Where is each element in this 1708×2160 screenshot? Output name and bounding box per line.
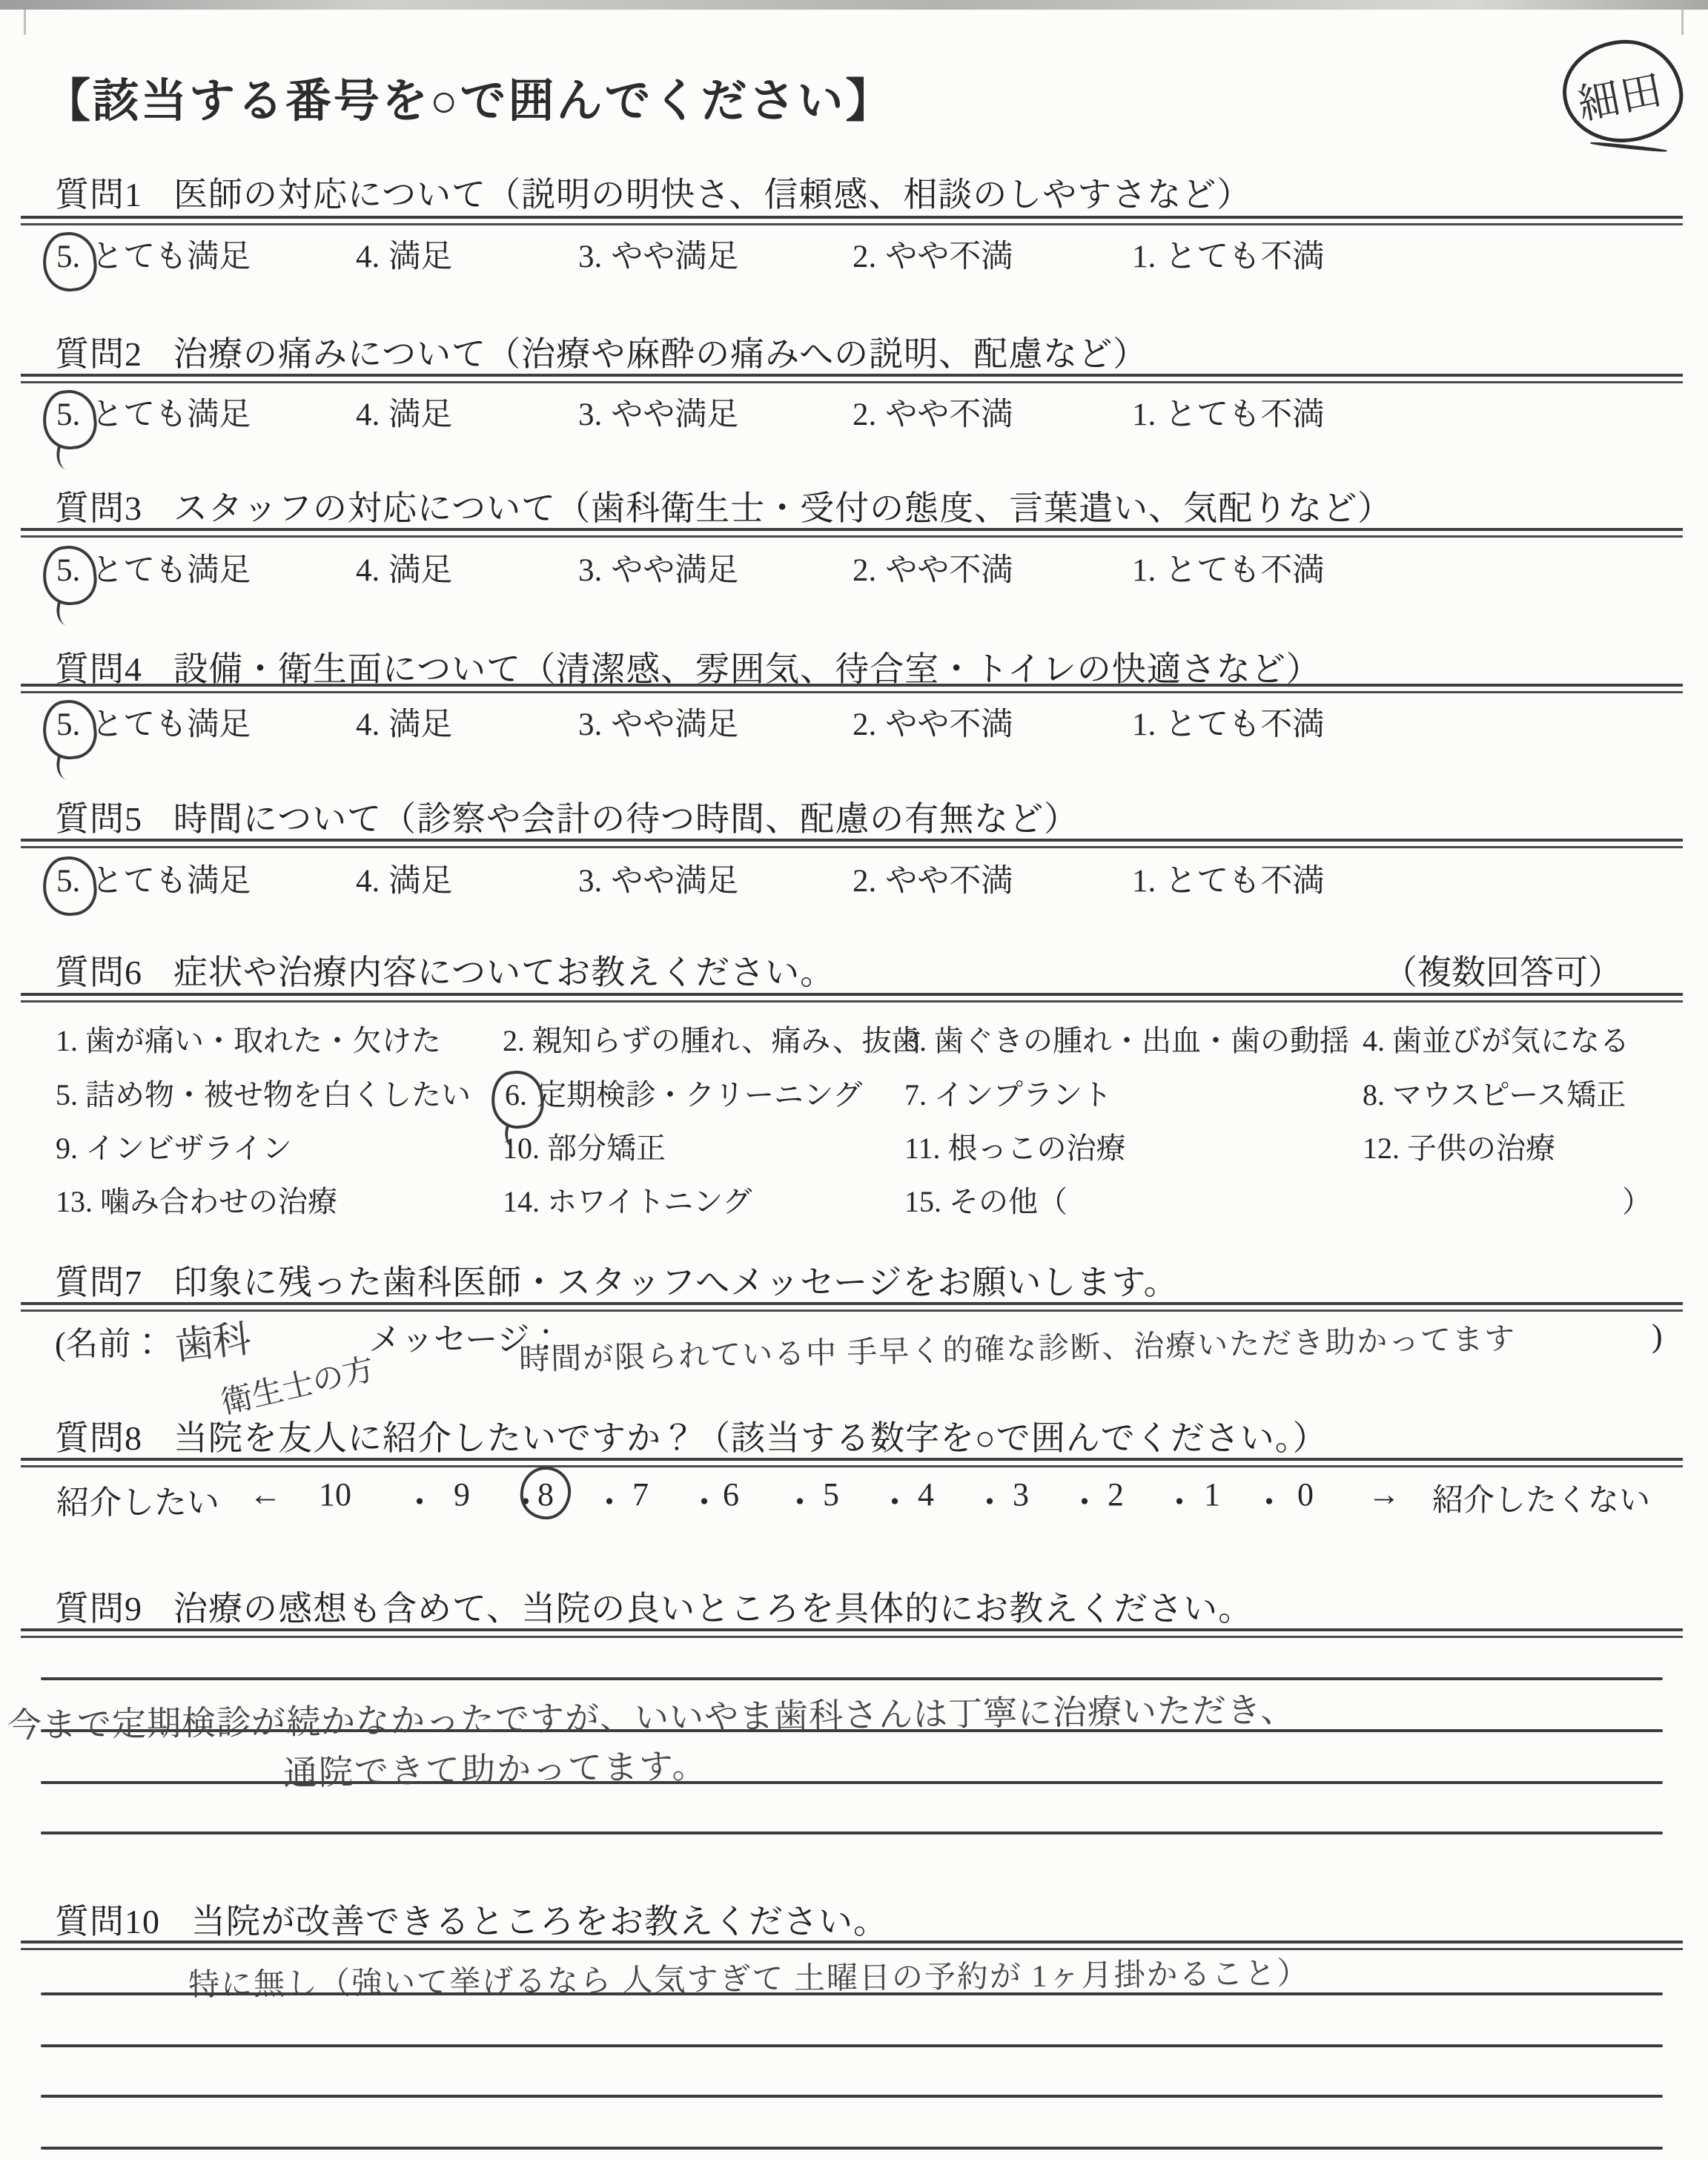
question-5-heading: 質問5時間について（診察や会計の待つ時間、配慮の有無など） xyxy=(55,792,1079,841)
scale-dot: ・ xyxy=(784,1476,816,1523)
question-2-text: 治療の痛みについて（治療や麻酔の痛みへの説明、配慮など） xyxy=(173,335,1148,373)
question-9-label: 質問9 xyxy=(55,1590,142,1628)
question-3-label: 質問3 xyxy=(55,489,142,527)
option-4: 4.満足 xyxy=(356,231,452,277)
option-3: 3.やや満足 xyxy=(578,699,738,744)
option-2: 2.やや不満 xyxy=(853,545,1013,590)
option-1: 1. 歯が痛い・取れた・欠けた xyxy=(56,1017,441,1060)
question-8-label: 質問8 xyxy=(55,1419,142,1457)
question-4-text: 設備・衛生面について（清潔感、雰囲気、待合室・トイレの快適さなど） xyxy=(173,650,1321,688)
option-3: 3.やや満足 xyxy=(578,856,738,901)
scale-dot: ・ xyxy=(1163,1476,1196,1523)
question-10-text: 当院が改善できるところをお教えください。 xyxy=(191,1903,888,1941)
scale-number-10: 10 xyxy=(319,1476,351,1513)
option-1: 1.とても不満 xyxy=(1132,856,1324,901)
answer-line xyxy=(41,1992,1663,1995)
question-9-heading: 質問9治療の感想も含めて、当院の良いところを具体的にお教えください。 xyxy=(55,1582,1253,1631)
divider xyxy=(21,1302,1683,1312)
option-8: 8. マウスピース矯正 xyxy=(1363,1071,1626,1114)
option-1: 1.とても不満 xyxy=(1132,545,1324,590)
answer-line xyxy=(41,1832,1663,1834)
question-1-label: 質問1 xyxy=(55,176,142,214)
question-2-label: 質問2 xyxy=(55,335,142,373)
question-10-label: 質問10 xyxy=(55,1903,160,1941)
scale-number-4: 4 xyxy=(918,1476,934,1513)
option-4: 4.満足 xyxy=(356,389,452,435)
option-2: 2.やや不満 xyxy=(853,699,1013,744)
option-15-other: 15. その他（ xyxy=(904,1178,1067,1221)
scale-number-8-circled: 8 xyxy=(535,1476,556,1513)
divider xyxy=(21,1628,1683,1638)
scale-right-label: 紹介したくない xyxy=(1432,1476,1650,1520)
reviewer-name-stamp-circle: 細田 xyxy=(1560,37,1685,145)
question-3-options: 5.とても満足 4.満足 3.やや満足 2.やや不満 1.とても不満 xyxy=(0,545,1708,589)
reviewer-name-handwritten: 細田 xyxy=(1572,57,1668,132)
question-6-options-row-2: 5. 詰め物・被せ物を白くしたい 6. 定期検診・クリーニング 7. インプラン… xyxy=(0,1071,1708,1113)
option-11: 11. 根っこの治療 xyxy=(904,1125,1126,1167)
question-1-heading: 質問1医師の対応について（説明の明快さ、信頼感、相談のしやすさなど） xyxy=(55,168,1251,217)
option-10: 10. 部分矯正 xyxy=(503,1125,666,1167)
option-1: 1.とても不満 xyxy=(1132,389,1324,435)
question-6-options-row-3: 9. インビザライン 10. 部分矯正 11. 根っこの治療 12. 子供の治療 xyxy=(0,1125,1708,1166)
option-2: 2.やや不満 xyxy=(853,389,1013,435)
option-2: 2.やや不満 xyxy=(853,856,1013,901)
scale-number-7: 7 xyxy=(632,1476,649,1513)
scale-number-2: 2 xyxy=(1108,1476,1124,1513)
scale-dot: ・ xyxy=(878,1476,911,1523)
option-4: 4.満足 xyxy=(356,699,452,744)
option-15-close-paren: ） xyxy=(1622,1178,1652,1221)
divider xyxy=(21,528,1683,538)
question-6-options-row-4: 13. 噛み合わせの治療 14. ホワイトニング 15. その他（ ） xyxy=(0,1178,1708,1220)
handwritten-message: 時間が限られている中 手早く的確な診断、治療いただき助かってます xyxy=(519,1314,1517,1378)
option-1: 1.とても不満 xyxy=(1132,699,1324,744)
stamp-tail-stroke xyxy=(1590,141,1667,153)
question-9-text: 治療の感想も含めて、当院の良いところを具体的にお教えください。 xyxy=(173,1590,1253,1628)
divider xyxy=(21,993,1683,1003)
scale-dot: ・ xyxy=(1253,1476,1285,1523)
option-4: 4.満足 xyxy=(356,856,452,901)
question-3-text: スタッフの対応について（歯科衛生士・受付の態度、言葉遣い、気配りなど） xyxy=(173,489,1392,527)
option-12: 12. 子供の治療 xyxy=(1363,1125,1555,1167)
scale-number-9: 9 xyxy=(454,1476,470,1513)
scale-number-5: 5 xyxy=(823,1476,839,1513)
option-9: 9. インビザライン xyxy=(56,1125,292,1167)
scale-number-6: 6 xyxy=(723,1476,739,1513)
divider xyxy=(21,1941,1683,1950)
option-3: 3.やや満足 xyxy=(578,389,738,435)
option-number: 5. xyxy=(56,240,80,274)
scale-left-arrow: ← xyxy=(249,1476,282,1513)
option-5: 5. 詰め物・被せ物を白くしたい xyxy=(56,1071,471,1114)
scan-edge-tick xyxy=(1681,10,1684,35)
scale-dot: ・ xyxy=(688,1476,721,1523)
question-7-text: 印象に残った歯科医師・スタッフへメッセージをお願いします。 xyxy=(173,1264,1179,1301)
scale-number-3: 3 xyxy=(1013,1476,1029,1513)
handwritten-name-line1: 歯科 xyxy=(172,1307,251,1370)
question-6-text: 症状や治療内容についてお教えください。 xyxy=(173,954,835,991)
question-1-text: 医師の対応について（説明の明快さ、信頼感、相談のしやすさなど） xyxy=(173,176,1251,214)
option-4: 4. 歯並びが気になる xyxy=(1363,1017,1629,1060)
option-3: 3. 歯ぐきの腫れ・出血・歯の動揺 xyxy=(904,1017,1349,1060)
option-5-circled: 5.とても満足 xyxy=(54,699,251,744)
answer-line xyxy=(41,2095,1663,2098)
option-7: 7. インプラント xyxy=(904,1071,1112,1114)
question-5-options: 5.とても満足 4.満足 3.やや満足 2.やや不満 1.とても不満 xyxy=(0,856,1708,900)
question-3-heading: 質問3スタッフの対応について（歯科衛生士・受付の態度、言葉遣い、気配りなど） xyxy=(55,481,1392,530)
scale-dot: ・ xyxy=(593,1476,626,1523)
question-6-options-row-1: 1. 歯が痛い・取れた・欠けた 2. 親知らずの腫れ、痛み、抜歯 3. 歯ぐきの… xyxy=(0,1017,1708,1059)
scan-edge-tick xyxy=(24,10,26,35)
question-4-options: 5.とても満足 4.満足 3.やや満足 2.やや不満 1.とても不満 xyxy=(0,699,1708,744)
question-7-heading: 質問7印象に残った歯科医師・スタッフへメッセージをお願いします。 xyxy=(55,1255,1179,1304)
option-5-circled: 5.とても満足 xyxy=(54,545,251,590)
handwritten-answer-q9-line2: 通院できて助かってます。 xyxy=(282,1739,707,1795)
option-5-circled: 5.とても満足 xyxy=(54,389,251,435)
answer-line xyxy=(41,2044,1663,2047)
option-5-circled: 5.とても満足 xyxy=(54,231,251,277)
question-8-text: 当院を友人に紹介したいですか？（該当する数字を○で囲んでください。） xyxy=(173,1419,1328,1457)
question-10-heading: 質問10当院が改善できるところをお教えください。 xyxy=(55,1895,888,1943)
question-6-heading: 質問6症状や治療内容についてお教えください。 xyxy=(55,945,835,994)
question-4-label: 質問4 xyxy=(55,650,142,688)
question-8-heading: 質問8当院を友人に紹介したいですか？（該当する数字を○で囲んでください。） xyxy=(55,1411,1328,1460)
scale-number-0: 0 xyxy=(1297,1476,1314,1513)
answer-line xyxy=(41,2147,1663,2150)
scale-number-1: 1 xyxy=(1204,1476,1220,1513)
scan-edge-artifact xyxy=(0,0,1708,10)
name-field-label: (名前： xyxy=(55,1317,164,1364)
scale-dot: ・ xyxy=(973,1476,1006,1523)
option-2: 2. 親知らずの腫れ、痛み、抜歯 xyxy=(503,1017,921,1060)
option-13: 13. 噛み合わせの治療 xyxy=(56,1178,337,1221)
scale-dot: ・ xyxy=(1068,1476,1101,1523)
question-5-text: 時間について（診察や会計の待つ時間、配慮の有無など） xyxy=(173,800,1079,838)
scale-left-label: 紹介したい xyxy=(56,1476,219,1523)
question-1-options: 5.とても満足 4.満足 3.やや満足 2.やや不満 1.とても不満 xyxy=(0,231,1708,276)
option-1: 1.とても不満 xyxy=(1132,231,1324,277)
page-title: 【該当する番号を○で囲んでください】 xyxy=(44,64,893,130)
option-6-circled: 6. 定期検診・クリーニング xyxy=(503,1071,862,1114)
scale-dot: ・ xyxy=(403,1476,436,1523)
divider xyxy=(21,374,1683,383)
question-6-label: 質問6 xyxy=(55,954,142,991)
question-2-heading: 質問2治療の痛みについて（治療や麻酔の痛みへの説明、配慮など） xyxy=(55,327,1148,376)
divider xyxy=(21,684,1683,693)
option-text: とても満足 xyxy=(91,240,251,274)
scale-right-arrow: → xyxy=(1368,1476,1400,1513)
question-2-options: 5.とても満足 4.満足 3.やや満足 2.やや不満 1.とても不満 xyxy=(0,389,1708,434)
option-2: 2.やや不満 xyxy=(853,231,1013,277)
handwritten-answer-q10: 特に無し（強いて挙げるなら 人気すぎて 土曜日の予約が 1ヶ月掛かること） xyxy=(188,1949,1310,2005)
option-3: 3.やや満足 xyxy=(578,545,738,590)
handwritten-answer-q9-line1: 今まで定期検診が続かなかったですが、いいやま歯科さんは丁寧に治療いただき、 xyxy=(7,1682,1296,1747)
option-4: 4.満足 xyxy=(356,545,452,590)
divider xyxy=(21,1458,1683,1467)
option-14: 14. ホワイトニング xyxy=(503,1178,752,1221)
scanned-survey-page: 【該当する番号を○で囲んでください】 細田 質問1医師の対応について（説明の明快… xyxy=(0,0,1708,2160)
option-5-circled: 5.とても満足 xyxy=(54,856,251,901)
question-7-label: 質問7 xyxy=(55,1264,142,1301)
divider xyxy=(21,839,1683,848)
close-paren: ) xyxy=(1652,1317,1663,1355)
question-5-label: 質問5 xyxy=(55,800,142,838)
option-3: 3.やや満足 xyxy=(578,231,738,277)
answer-line xyxy=(41,1677,1663,1680)
question-6-note: （複数回答可） xyxy=(1383,945,1622,994)
divider xyxy=(21,216,1683,225)
